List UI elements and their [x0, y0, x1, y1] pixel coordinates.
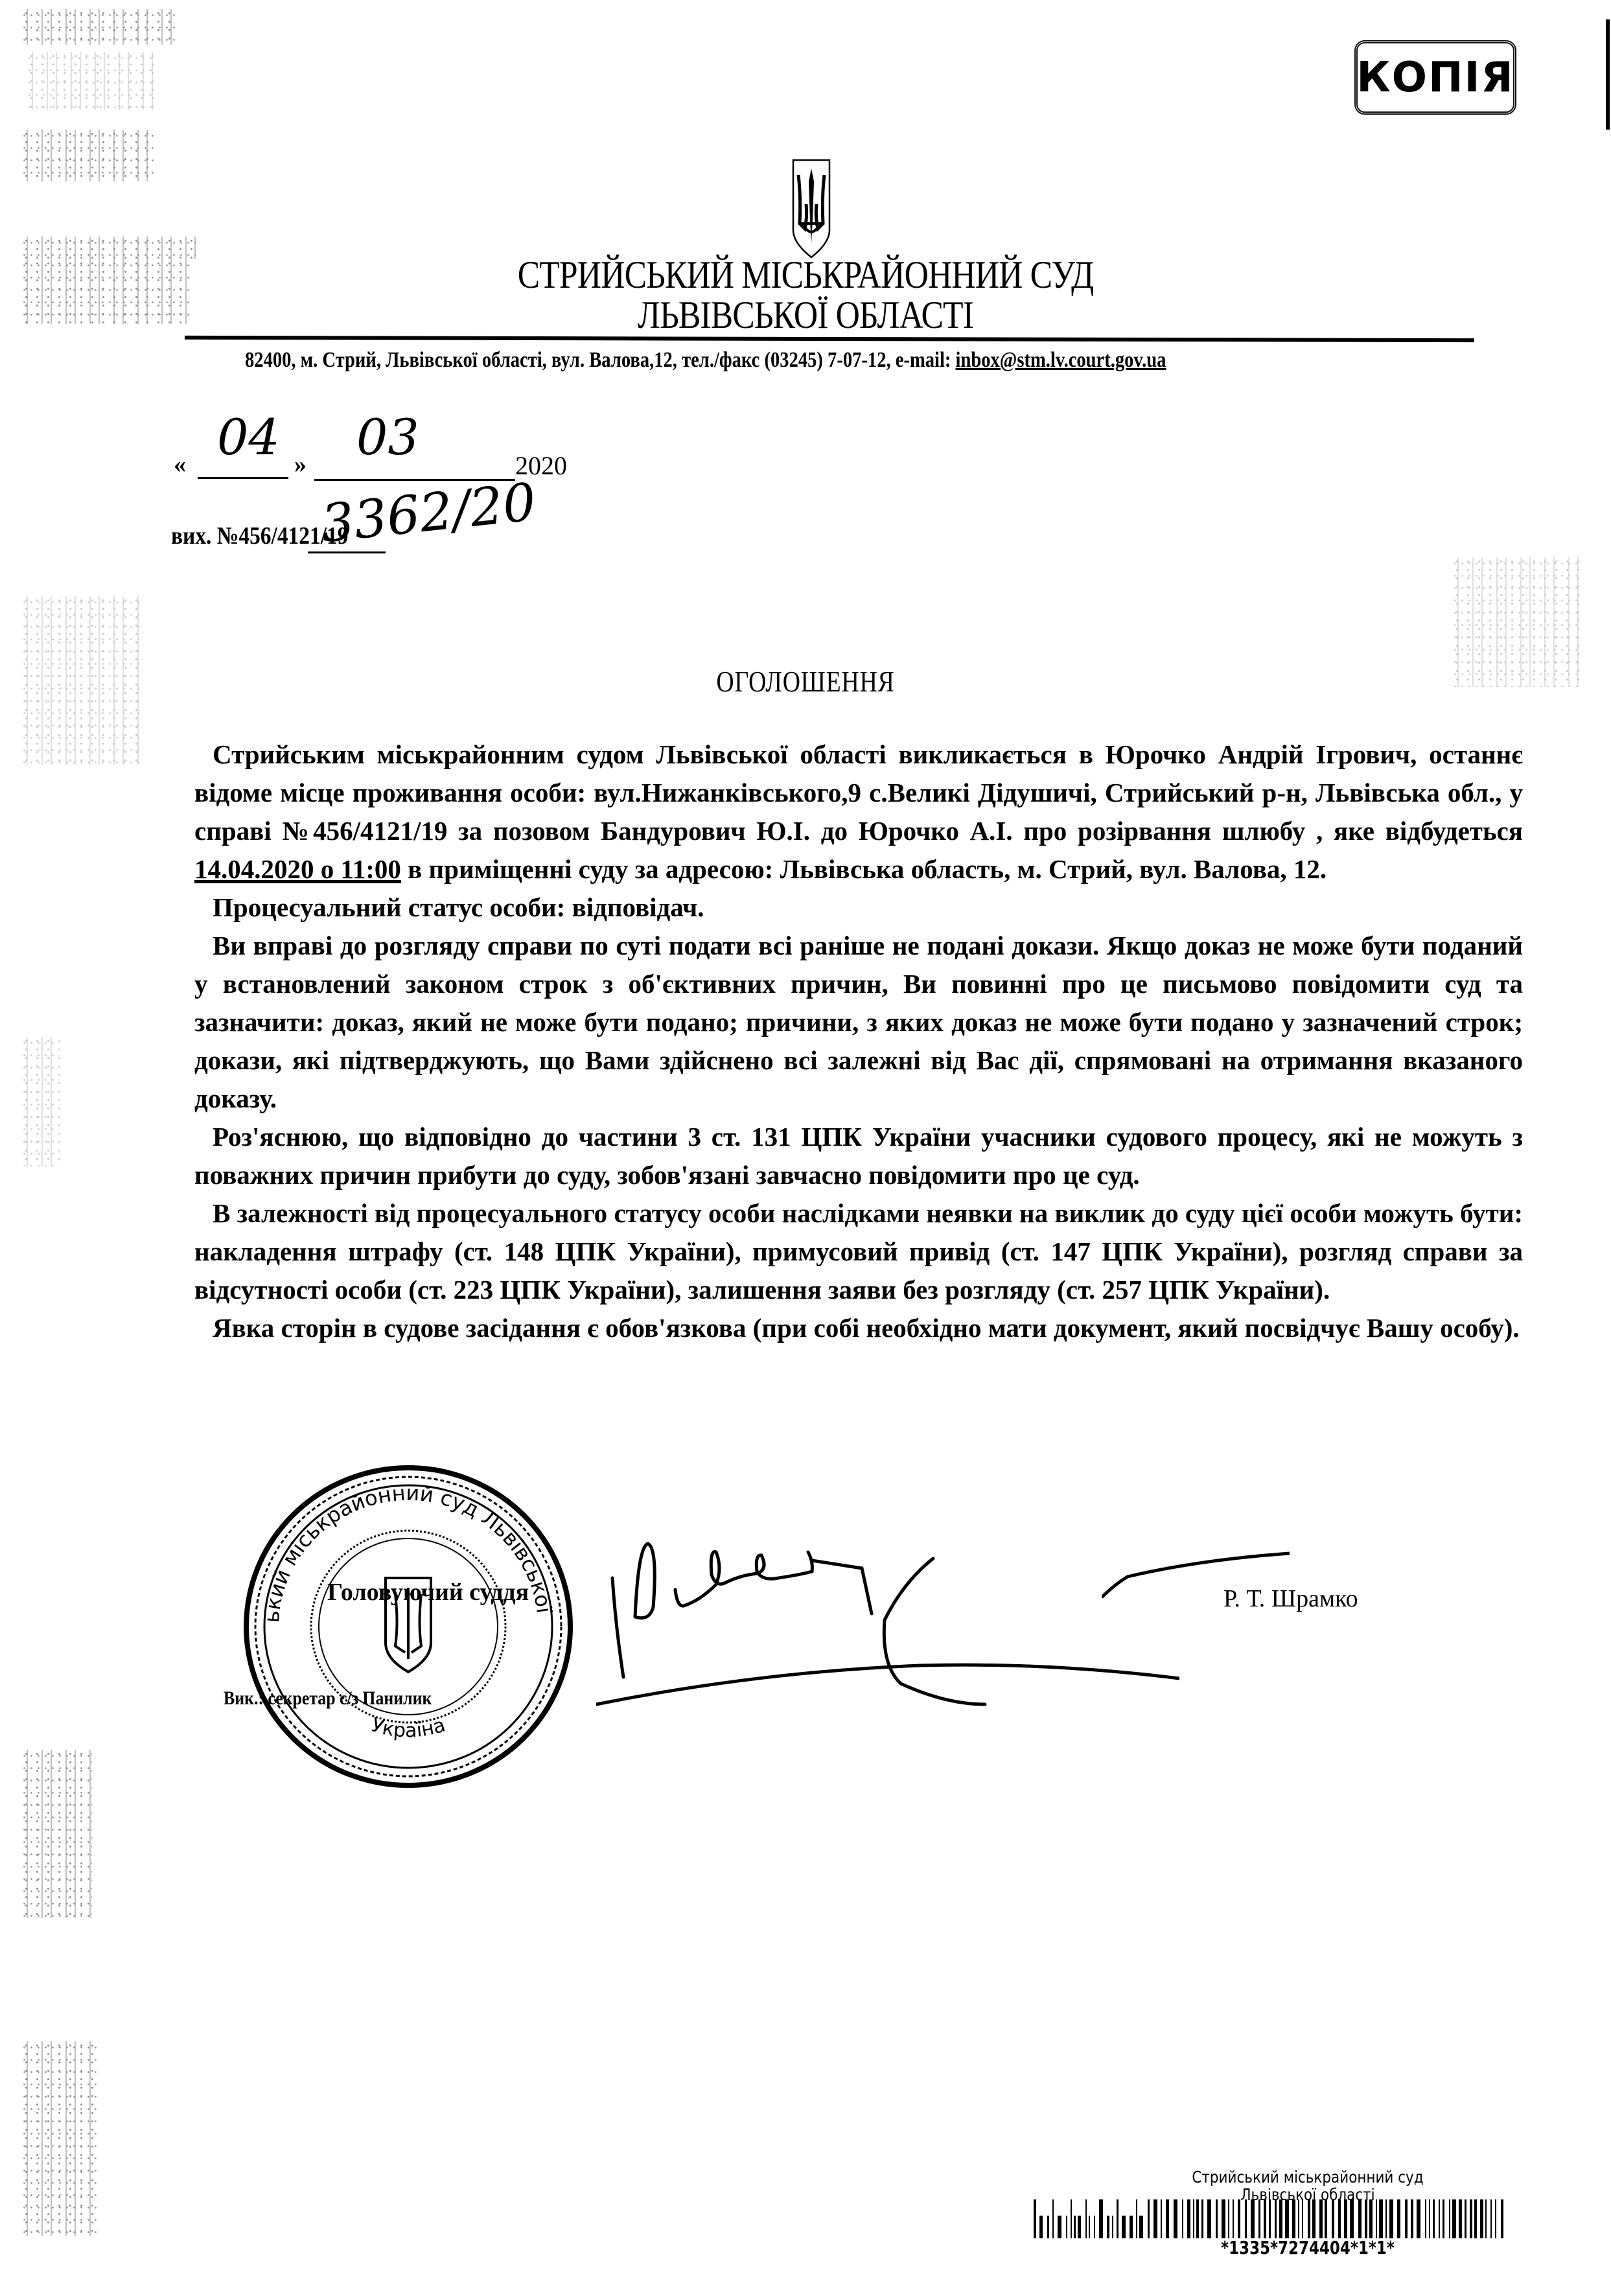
- scan-noise-left-bottom-2: [21, 2041, 99, 2236]
- signer-name: Р. Т. Шрамко: [1223, 1584, 1358, 1613]
- court-address: 82400, м. Стрий, Львівської області, вул…: [245, 348, 1166, 373]
- date-close-quote: »: [294, 450, 307, 479]
- paragraph-summons: Стрийським міськрайонним судом Львівсько…: [194, 736, 1523, 888]
- scan-edge-mark: [1606, 19, 1610, 130]
- hearing-datetime: 14.04.2020 о 11:00: [194, 854, 401, 884]
- summons-text: Стрийським міськрайонним судом Львівсько…: [194, 739, 1523, 846]
- court-name-line1: СТРИЙСЬКИЙ МІСЬКРАЙОННИЙ СУД: [113, 253, 1498, 297]
- executor-note: Вик.: секретар с/з Панилик: [224, 1687, 432, 1710]
- day-blank: [198, 476, 288, 479]
- trident-coat-of-arms-icon: [792, 159, 831, 259]
- date-open-quote: «: [174, 450, 186, 479]
- scan-noise-left-top: [21, 9, 176, 45]
- summons-address-text: в приміщенні суду за адресою: Львівська …: [401, 854, 1327, 884]
- svg-text:Україна: Україна: [369, 1713, 448, 1742]
- scan-noise-left-lower: [21, 1037, 60, 1166]
- footer-court-line1: Стрийський міськрайонний суд: [1047, 2168, 1569, 2186]
- scan-noise-right: [1452, 557, 1581, 687]
- court-seal-icon: Стрийський міськрайонний суд Львівської …: [240, 1461, 577, 1792]
- notice-title: ОГОЛОШЕННЯ: [145, 664, 1466, 699]
- court-name-line2: ЛЬВІВСЬКОЇ ОБЛАСТІ: [113, 293, 1498, 338]
- email-link[interactable]: inbox@stm.lv.court.gov.ua: [956, 348, 1166, 372]
- outgoing-handwritten: 3362/20: [318, 472, 539, 554]
- scan-noise-left-block-2: [21, 596, 144, 765]
- address-text: 82400, м. Стрий, Львівської області, вул…: [245, 348, 956, 372]
- paragraph-explanation: Роз'яснюю, що відповідно до частини 3 ст…: [194, 1118, 1523, 1194]
- day-handwritten: 04: [217, 408, 280, 466]
- paragraph-evidence: Ви вправі до розгляду справи по суті под…: [194, 927, 1523, 1118]
- barcode-number: *1335*7274404*1*1*: [1059, 2237, 1557, 2258]
- presiding-judge-label: Головуючий суддя: [327, 1578, 529, 1606]
- paragraph-consequences: В залежності від процесуального статусу …: [194, 1194, 1523, 1309]
- scan-noise-left-mid: [21, 130, 157, 181]
- handwritten-signature: [596, 1510, 1179, 1717]
- month-handwritten: 03: [356, 408, 419, 466]
- paragraph-status: Процесуальний статус особи: відповідач.: [194, 888, 1523, 927]
- scan-noise-left-top-2: [26, 52, 156, 110]
- barcode-icon: [1034, 2199, 1503, 2238]
- paragraph-attendance: Явка сторін в судове засідання є обов'яз…: [194, 1309, 1523, 1347]
- copy-stamp: КОПІЯ: [1354, 40, 1516, 115]
- scan-noise-left-bottom: [21, 1750, 92, 1918]
- notice-body: Стрийським міськрайонним судом Львівсько…: [194, 736, 1523, 1347]
